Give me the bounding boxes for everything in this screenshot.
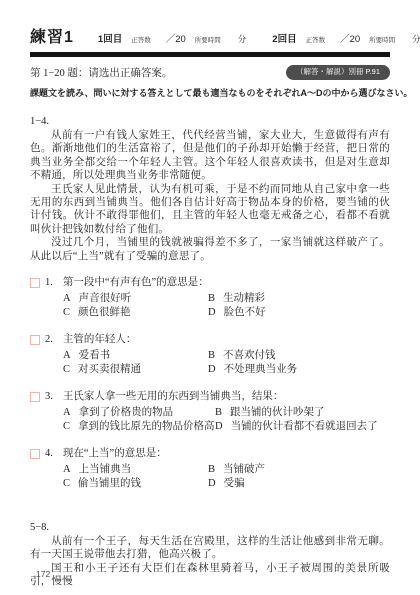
question-4: 4. 现在“上当”的意思是： A上当铺典当 B当铺破产 C偷当铺里的钱 D受骗: [30, 447, 390, 491]
attempt-1: 1回目 正答数 ／20 所要時間 分: [98, 31, 246, 45]
question-2-options: A爱看书 B不喜欢付钱 C对买卖很精通 D不处理典当业务: [63, 349, 390, 377]
question-text: 主管的年轻人：: [63, 333, 137, 347]
option-a: A声音很好听: [63, 292, 208, 306]
question-number: 3.: [45, 390, 53, 404]
question-text: 王氏家人拿一些无用的东西到当铺典当，结果：: [63, 390, 284, 404]
attempt-2-label: 2回目: [272, 31, 296, 45]
exercise-header: 練習1 1回目 正答数 ／20 所要時間 分 2回目 正答数 ／20 所要時間 …: [30, 24, 390, 47]
header-rule: [30, 52, 390, 57]
option-b: B当铺破产: [208, 463, 390, 477]
section-2-label: 5−8.: [30, 522, 390, 533]
attempt-2-score-label: 正答数: [306, 35, 326, 44]
section-1-label: 1−4.: [30, 116, 390, 127]
instruction-row: 第 1−20 题：请选出正确答案。 （解答・解説）別冊 P.91: [30, 65, 390, 80]
passage-paragraph: 王氏家人见此情景，认为有机可乘，于是不约而同地从自己家中拿一些无用的东西到当铺典…: [30, 183, 390, 237]
option-c: C拿到的钱比原先的物品价格高: [63, 420, 215, 434]
attempt-1-time-unit: 分: [238, 33, 247, 45]
attempt-2: 2回目 正答数 ／20 所要時間 分: [272, 31, 420, 45]
question-3-options: A拿到了价格贵的物品 B跟当铺的伙计吵架了 C拿到的钱比原先的物品价格高 D当铺…: [63, 406, 390, 434]
question-2-line: 2. 主管的年轻人：: [30, 333, 390, 347]
option-c: C偷当铺里的钱: [63, 477, 208, 491]
passage-paragraph: 国王和小王子还有大臣们在森林里骑着马，小王子被周围的美景所吸引，慢慢: [30, 562, 390, 589]
attempt-2-score-denominator: ／20: [340, 31, 360, 45]
option-b: B不喜欢付钱: [208, 349, 390, 363]
page-number: 172: [36, 569, 50, 579]
passage-paragraph: 没过几个月，当铺里的钱就被骗得差不多了，一家当铺就这样破产了。从此以后“上当”就…: [30, 236, 390, 263]
question-text: 第一段中“有声有色”的意思是：: [63, 276, 209, 290]
question-1-options: A声音很好听 B生动精彩 C颜色很鲜艳 D脸色不好: [63, 292, 390, 320]
option-b: B生动精彩: [208, 292, 390, 306]
instruction-japanese: 課題文を読み、問いに対する答えとして最も適当なものをそれぞれA～Dの中から選びな…: [30, 86, 390, 99]
passage-paragraph: 从前有一个王子，每天生活在宫殿里，这样的生活让他感到非常无聊。有一天国王说带他去…: [30, 535, 390, 562]
attempt-1-label: 1回目: [98, 31, 122, 45]
option-a: A拿到了价格贵的物品: [63, 406, 215, 420]
question-4-line: 4. 现在“上当”的意思是：: [30, 447, 390, 461]
question-2: 2. 主管的年轻人： A爱看书 B不喜欢付钱 C对买卖很精通 D不处理典当业务: [30, 333, 390, 377]
option-c: C颜色很鲜艳: [63, 306, 208, 320]
question-text: 现在“上当”的意思是：: [63, 447, 167, 461]
answer-checkbox: [30, 449, 40, 459]
option-d: D不处理典当业务: [208, 363, 390, 377]
question-1: 1. 第一段中“有声有色”的意思是： A声音很好听 B生动精彩 C颜色很鲜艳 D…: [30, 276, 390, 320]
question-3-line: 3. 王氏家人拿一些无用的东西到当铺典当，结果：: [30, 390, 390, 404]
attempt-2-time-unit: 分: [412, 33, 420, 45]
attempt-2-time-label: 所要時間: [369, 35, 395, 44]
option-c: C对买卖很精通: [63, 363, 208, 377]
attempt-1-time-label: 所要時間: [195, 35, 221, 44]
attempt-1-score-label: 正答数: [131, 35, 151, 44]
question-number: 1.: [45, 276, 53, 290]
passage-paragraph: 从前有一户有钱人家姓王，代代经营当铺，家大业大，生意做得有声有色。渐渐地他们的生…: [30, 129, 390, 183]
question-1-line: 1. 第一段中“有声有色”的意思是：: [30, 276, 390, 290]
attempt-1-score-denominator: ／20: [166, 31, 186, 45]
question-number: 4.: [45, 447, 53, 461]
option-d: D受骗: [208, 477, 390, 491]
answer-reference-badge: （解答・解説）別冊 P.91: [286, 65, 390, 80]
answer-checkbox: [30, 278, 40, 288]
textbook-page: 練習1 1回目 正答数 ／20 所要時間 分 2回目 正答数 ／20 所要時間 …: [0, 0, 420, 595]
option-a: A爱看书: [63, 349, 208, 363]
exercise-title: 練習1: [30, 24, 74, 47]
question-number: 2.: [45, 333, 53, 347]
question-4-options: A上当铺典当 B当铺破产 C偷当铺里的钱 D受骗: [63, 463, 390, 491]
passage-1: 从前有一户有钱人家姓王，代代经营当铺，家大业大，生意做得有声有色。渐渐地他们的生…: [30, 129, 390, 263]
answer-checkbox: [30, 335, 40, 345]
passage-2: 从前有一个王子，每天生活在宫殿里，这样的生活让他感到非常无聊。有一天国王说带他去…: [30, 535, 390, 589]
question-3: 3. 王氏家人拿一些无用的东西到当铺典当，结果： A拿到了价格贵的物品 B跟当铺…: [30, 390, 390, 434]
instruction-chinese: 第 1−20 题：请选出正确答案。: [30, 65, 172, 80]
option-b: B跟当铺的伙计吵架了: [215, 406, 390, 420]
option-d: D脸色不好: [208, 306, 390, 320]
option-a: A上当铺典当: [63, 463, 208, 477]
option-d: D当铺的伙计看都不看就退回去了: [215, 420, 390, 434]
answer-checkbox: [30, 392, 40, 402]
